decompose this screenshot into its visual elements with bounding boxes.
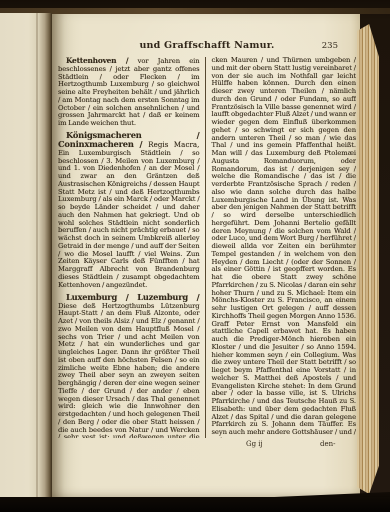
paragraph-kettenhoven: Kettenhoven / vor Jahren ein beschlossen… [58,57,200,128]
running-header: und Graffschafft Namur. 235 [58,40,356,54]
book-photo: und Graffschafft Namur. 235 Kettenhoven … [0,0,390,512]
text-column-right: cken Mauren / und Thürnen umbgeben / und… [205,57,356,438]
paragraph-text: vor Jahren ein beschlossenes / jetzt abe… [58,57,200,127]
catchword: den- [320,440,336,448]
text-columns: Kettenhoven / vor Jahren ein beschlossen… [58,57,356,438]
signature-mark: Gg ij [246,440,263,448]
text-column-left: Kettenhoven / vor Jahren ein beschlossen… [58,57,200,438]
entry-lead: Luxemburg / Luzemburg / [66,292,200,302]
facing-page-edge [0,13,52,497]
paragraph-luxemburg: Luxemburg / Luzemburg / Diese deß Hertzo… [58,294,200,438]
paragraph-koenigsmacheren: Königsmacheren / Coninxmacheren / Regis … [58,132,200,289]
paragraph-continuation: cken Mauren / und Thürnen umbgeben / und… [212,57,356,438]
printed-area: und Graffschafft Namur. 235 Kettenhoven … [58,40,356,450]
page-number: 235 [322,41,338,51]
paragraph-text: Ein Luxemburgisch Städtlein / so beschlo… [58,149,200,289]
paragraph-text: cken Mauren / und Thürnen umbgeben / und… [212,57,356,438]
table-shadow [0,497,390,512]
header-title: und Graffschafft Namur. [58,40,356,51]
page-fore-edge-stack [357,24,379,494]
footer-line: Gg ij den- [58,440,356,450]
paragraph-text: Diese deß Hertzogthumbs Lützenburg Haupt… [58,302,200,439]
